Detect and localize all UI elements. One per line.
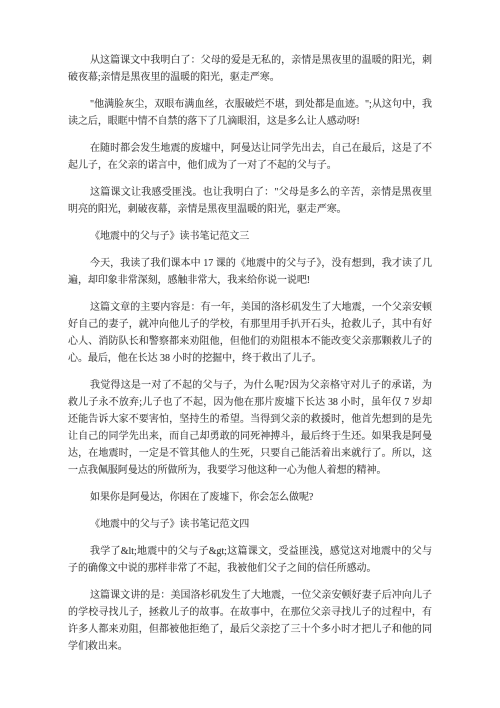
paragraph-opinion: 我觉得这是一对了不起的父与子，为什么呢?因为父亲格守对儿子的承诺，为救儿子永不放… — [68, 377, 432, 479]
paragraph-amanda: 在随时都会发生地震的废墟中，阿曼达让同学先出去，自己在最后，这是了不起儿子，在父… — [68, 140, 432, 174]
paragraph-main-content: 这篇文章的主要内容是：有一年，美国的洛杉矶发生了大地震，一个父亲安顿好自己的妻子… — [68, 299, 432, 367]
section-heading-note-4: 《地震中的父与子》读书笔记范文四 — [68, 516, 432, 533]
paragraph-intro-note-4: 我学了&lt;地震中的父与子&gt;这篇课文，受益匪浅，感觉这对地震中的父与子的… — [68, 543, 432, 577]
paragraph-question: 如果你是阿曼达，你困在了废墟下，你会怎么做呢? — [68, 489, 432, 506]
document-content: 从这篇课文中我明白了：父母的爱是无私的，亲情是黑夜里的温暖的阳光，刺破夜幕;亲情… — [68, 52, 432, 665]
paragraph-intro-note-3: 今天，我读了我们课本中 17 课的《地震中的父与子》，没有想到，我才读了几遍，却… — [68, 255, 432, 289]
document-viewport: 从这篇课文中我明白了：父母的爱是无私的，亲情是黑夜里的温暖的阳光，刺破夜幕;亲情… — [0, 0, 500, 708]
paragraph-summary-1: 从这篇课文中我明白了：父母的爱是无私的，亲情是黑夜里的温暖的阳光，刺破夜幕;亲情… — [68, 52, 432, 86]
paragraph-quote-line: "他满脸灰尘，双眼布满血丝，衣服破烂不堪，到处都是血迹。";从这句中，我读之后，… — [68, 96, 432, 130]
section-heading-note-3: 《地震中的父与子》读书笔记范文三 — [68, 228, 432, 245]
paragraph-story-summary: 这篇课文讲的是：美国洛杉矶发生了大地震，一位父亲安顿好妻子后冲向儿子的学校寻找儿… — [68, 587, 432, 655]
paragraph-lesson: 这篇课文让我感受匪浅。也让我明白了："父母是多么的辛苦，亲情是黑夜里明亮的阳光，… — [68, 184, 432, 218]
